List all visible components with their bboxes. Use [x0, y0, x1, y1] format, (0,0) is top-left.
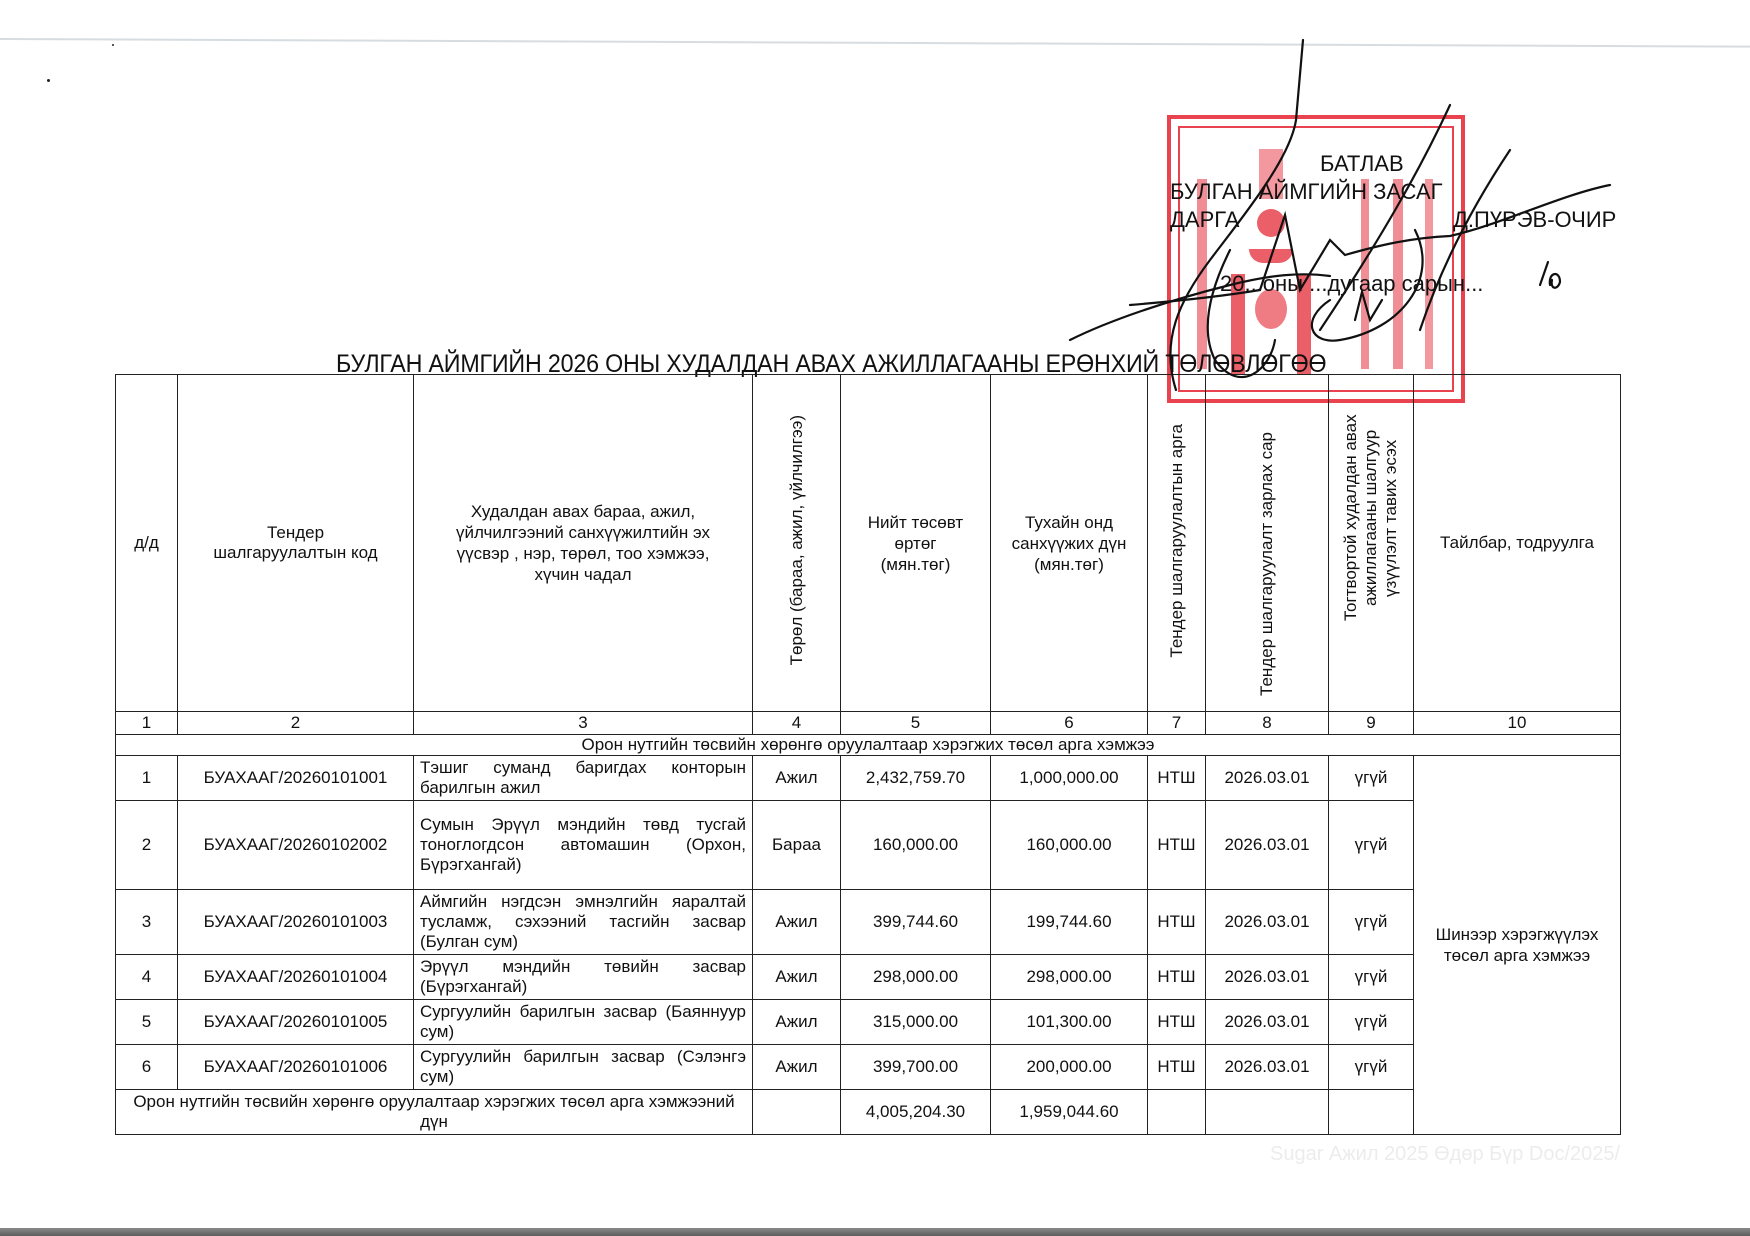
header-sustainable-label: Тогтвортой худалдан авах ажиллагааны шал… [1341, 393, 1401, 643]
row-type: Ажил [753, 1000, 841, 1045]
header-tender-code-label: Тендер шалгаруулалтын код [201, 523, 391, 563]
year-amount-sum: 1,959,044.60 [991, 1090, 1148, 1135]
approver-name: Д.ПҮРЭВ-ОЧИР [1453, 206, 1616, 234]
column-number: 4 [753, 712, 841, 735]
header-description-label: Худалдан авах бараа, ажил, үйлчилгээний … [433, 501, 733, 585]
column-number: 10 [1414, 712, 1621, 735]
approval-authority: БУЛГАН АЙМГИЙН ЗАСАГ [1170, 178, 1443, 206]
merged-note: Шинээр хэрэгжүүлэх төсөл арга хэмжээ [1432, 924, 1602, 966]
footer-watermark: Sugar Ажил 2025 Өдөр Бүр Doc/2025/ [1270, 1143, 1620, 1166]
row-year-amount: 199,744.60 [991, 890, 1148, 955]
header-announce-month: Тендер шалгаруулалт зарлах сар [1206, 375, 1329, 712]
header-sustainable: Тогтвортой худалдан авах ажиллагааны шал… [1329, 375, 1414, 712]
row-announce-date: 2026.03.01 [1206, 1045, 1329, 1090]
procurement-plan-table: д/д Тендер шалгаруулалтын код Худалдан а… [115, 374, 1621, 1135]
row-year-amount: 160,000.00 [991, 801, 1148, 890]
row-tender-code: БУАХААГ/20260101003 [178, 890, 414, 955]
total-type-empty [753, 1090, 841, 1135]
scan-bottom-edge [0, 1228, 1750, 1236]
column-number: 1 [116, 712, 178, 735]
row-total-cost: 2,432,759.70 [841, 756, 991, 801]
column-number: 7 [1148, 712, 1206, 735]
total-sustainable-empty [1329, 1090, 1414, 1135]
table-row: 4 БУАХААГ/20260101004 Эрүүл мэндийн төви… [116, 955, 1621, 1000]
row-announce-date: 2026.03.01 [1206, 1000, 1329, 1045]
section-header-row: Орон нутгийн төсвийн хөрөнгө оруулалтаар… [116, 735, 1621, 756]
total-method-empty [1148, 1090, 1206, 1135]
row-tender-code: БУАХААГ/20260101001 [178, 756, 414, 801]
row-description: Сумын Эрүүл мэндийн төвд тусгай тоноглог… [414, 801, 753, 890]
scan-speck [112, 44, 114, 46]
row-sustainable: үгүй [1329, 1045, 1414, 1090]
handwritten-day [1540, 262, 1560, 288]
header-announce-month-label: Тендер шалгаруулалт зарлах сар [1257, 432, 1277, 696]
header-method-label: Тендер шалгаруулалтын арга [1167, 424, 1187, 658]
approval-role: ДАРГА [1170, 206, 1239, 234]
row-description: Тэшиг суманд баригдах конторын барилгын … [414, 756, 753, 801]
row-announce-date: 2026.03.01 [1206, 801, 1329, 890]
header-type-label: Төрөл (бараа, ажил, үйлчилгээ) [787, 415, 807, 665]
header-total-cost-label: Нийт төсөвт өртөг (мян.төг) [861, 512, 971, 575]
row-index: 4 [116, 955, 178, 1000]
header-year-amount: Тухайн онд санхүүжих дүн (мян.төг) [991, 375, 1148, 712]
row-total-cost: 399,700.00 [841, 1045, 991, 1090]
row-type: Ажил [753, 955, 841, 1000]
table-row: 2 БУАХААГ/20260102002 Сумын Эрүүл мэндий… [116, 801, 1621, 890]
row-sustainable: үгүй [1329, 756, 1414, 801]
header-method: Тендер шалгаруулалтын арга [1148, 375, 1206, 712]
row-method: НТШ [1148, 890, 1206, 955]
row-tender-code: БУАХААГ/20260101004 [178, 955, 414, 1000]
scan-line [0, 38, 1750, 48]
row-sustainable: үгүй [1329, 801, 1414, 890]
scan-speck [47, 79, 50, 82]
row-year-amount: 1,000,000.00 [991, 756, 1148, 801]
total-cost-sum: 4,005,204.30 [841, 1090, 991, 1135]
header-notes: Тайлбар, тодруулга [1414, 375, 1621, 712]
row-year-amount: 101,300.00 [991, 1000, 1148, 1045]
column-number: 2 [178, 712, 414, 735]
row-total-cost: 315,000.00 [841, 1000, 991, 1045]
row-year-amount: 298,000.00 [991, 955, 1148, 1000]
row-method: НТШ [1148, 1045, 1206, 1090]
row-type: Ажил [753, 756, 841, 801]
row-type: Ажил [753, 1045, 841, 1090]
row-method: НТШ [1148, 756, 1206, 801]
row-description: Сургуулийн барилгын засвар (Сэлэнгэ сум) [414, 1045, 753, 1090]
row-tender-code: БУАХААГ/20260101006 [178, 1045, 414, 1090]
header-description: Худалдан авах бараа, ажил, үйлчилгээний … [414, 375, 753, 712]
total-date-empty [1206, 1090, 1329, 1135]
column-number: 8 [1206, 712, 1329, 735]
table-row: 1 БУАХААГ/20260101001 Тэшиг суманд бариг… [116, 756, 1621, 801]
header-total-cost: Нийт төсөвт өртөг (мян.төг) [841, 375, 991, 712]
column-number: 3 [414, 712, 753, 735]
row-type: Ажил [753, 890, 841, 955]
header-year-amount-label: Тухайн онд санхүүжих дүн (мян.төг) [1009, 512, 1129, 575]
row-description: Эрүүл мэндийн төвийн засвар (Бүрэгхангай… [414, 955, 753, 1000]
row-index: 5 [116, 1000, 178, 1045]
seal-sun-symbol [1257, 209, 1285, 237]
row-index: 3 [116, 890, 178, 955]
row-total-cost: 298,000.00 [841, 955, 991, 1000]
row-description: Аймгийн нэгдсэн эмнэлгийн яаралтай тусла… [414, 890, 753, 955]
row-total-cost: 160,000.00 [841, 801, 991, 890]
row-sustainable: үгүй [1329, 1000, 1414, 1045]
column-number: 6 [991, 712, 1148, 735]
row-tender-code: БУАХААГ/20260101005 [178, 1000, 414, 1045]
row-method: НТШ [1148, 1000, 1206, 1045]
row-method: НТШ [1148, 801, 1206, 890]
approval-heading: БАТЛАВ [1320, 150, 1404, 178]
row-sustainable: үгүй [1329, 955, 1414, 1000]
row-total-cost: 399,744.60 [841, 890, 991, 955]
row-index: 1 [116, 756, 178, 801]
row-announce-date: 2026.03.01 [1206, 890, 1329, 955]
column-number: 5 [841, 712, 991, 735]
section-title: Орон нутгийн төсвийн хөрөнгө оруулалтаар… [116, 735, 1621, 756]
header-index: д/д [116, 375, 178, 712]
approval-date-line: 20...оны ...дугаар сарын... [1220, 270, 1483, 298]
header-tender-code: Тендер шалгаруулалтын код [178, 375, 414, 712]
total-row: Орон нутгийн төсвийн хөрөнгө оруулалтаар… [116, 1090, 1621, 1135]
merged-note-cell: Шинээр хэрэгжүүлэх төсөл арга хэмжээ [1414, 756, 1621, 1135]
row-year-amount: 200,000.00 [991, 1045, 1148, 1090]
row-type: Бараа [753, 801, 841, 890]
header-row: д/д Тендер шалгаруулалтын код Худалдан а… [116, 375, 1621, 712]
row-description: Сургуулийн барилгын засвар (Баяннуур сум… [414, 1000, 753, 1045]
row-index: 6 [116, 1045, 178, 1090]
row-announce-date: 2026.03.01 [1206, 955, 1329, 1000]
row-announce-date: 2026.03.01 [1206, 756, 1329, 801]
row-method: НТШ [1148, 955, 1206, 1000]
table-row: 3 БУАХААГ/20260101003 Аймгийн нэгдсэн эм… [116, 890, 1621, 955]
total-label: Орон нутгийн төсвийн хөрөнгө оруулалтаар… [116, 1090, 753, 1135]
column-number: 9 [1329, 712, 1414, 735]
seal-moon-symbol [1249, 249, 1293, 263]
row-index: 2 [116, 801, 178, 890]
header-type: Төрөл (бараа, ажил, үйлчилгээ) [753, 375, 841, 712]
table-row: 6 БУАХААГ/20260101006 Сургуулийн барилгы… [116, 1045, 1621, 1090]
table-row: 5 БУАХААГ/20260101005 Сургуулийн барилгы… [116, 1000, 1621, 1045]
column-number-row: 1 2 3 4 5 6 7 8 9 10 [116, 712, 1621, 735]
row-sustainable: үгүй [1329, 890, 1414, 955]
row-tender-code: БУАХААГ/20260102002 [178, 801, 414, 890]
